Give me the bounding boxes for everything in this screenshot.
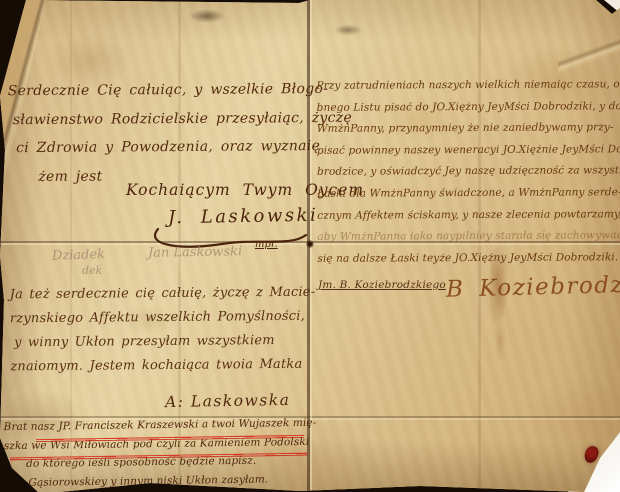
father-signature: J. Laskowski [168,205,319,229]
father-note: Serdecznie Cię całuiąc, y wszelkie Błogo… [8,75,353,191]
right-page-signature: B Koziebrodzka [446,271,620,302]
pencil-note: Jan Laskowski [148,244,242,261]
letter-line: ci Zdrowia y Powodzenia, oraz wyznaię [16,132,352,163]
letter-line: brodzice, y oświadczyć Jey naszę udzięcz… [317,161,620,184]
letter-line: się na dalsze Łaski teyże JO.Xiężny JeyM… [317,247,620,270]
pencil-note: Dziadek [52,247,106,264]
letter-line: Ja też serdecznie cię całuię, życzę z Ma… [10,281,316,308]
letter-line: Przy zatrudnieniach naszych wielkich nie… [316,74,620,97]
letter-line: rzynskiego Affektu wszelkich Pomyślności… [10,305,316,332]
letter-photo: Serdecznie Cię całuiąc, y wszelkie Błogo… [0,0,620,492]
right-page-note: Przy zatrudnieniach naszych wielkich nie… [316,74,620,270]
wax-stain [583,445,600,465]
letter-line: Serdecznie Cię całuiąc, y wszelkie Błogo… [8,75,352,106]
mother-note: Ja też serdecznie cię całuię, życzę z Ma… [10,281,316,380]
letter-line: pisać powinney naszey weneracyi JO.Xiężn… [317,139,620,162]
letter-line: Łaski dla WmżnPanny świadczone, a WmżnPa… [317,182,620,205]
right-page-closing: Jm. B. Koziebrodzkiego [318,279,446,291]
mother-signature: A: Laskowska [165,391,291,411]
manu-propria-mark: mpr. [255,239,278,250]
letter-line: JM. Gąsiorowskiey y innym niski Ukłon za… [6,469,317,492]
pencil-note: dek [82,264,102,277]
letter-line: sławienstwo Rodzicielskie przesyłaiąc, ż… [13,103,352,134]
letter-line: aby WmżnPanna iako naypilniey starała si… [317,225,620,248]
letter-sheet: Serdecznie Cię całuiąc, y wszelkie Błogo… [0,0,620,492]
letter-line: bnego Listu pisać do JO.Xiężny JeyMści D… [317,96,620,119]
letter-line: WmżnPanny, przynaymniey że nie zaniedbyw… [317,117,620,140]
letter-line: cznym Affektem ściskamy, y nasze zleceni… [317,204,620,227]
letter-line: znaiomym. Jestem kochaiąca twoia Matka [10,353,316,380]
letter-line: y winny Ukłon przesyłam wszystkiem [14,329,316,356]
